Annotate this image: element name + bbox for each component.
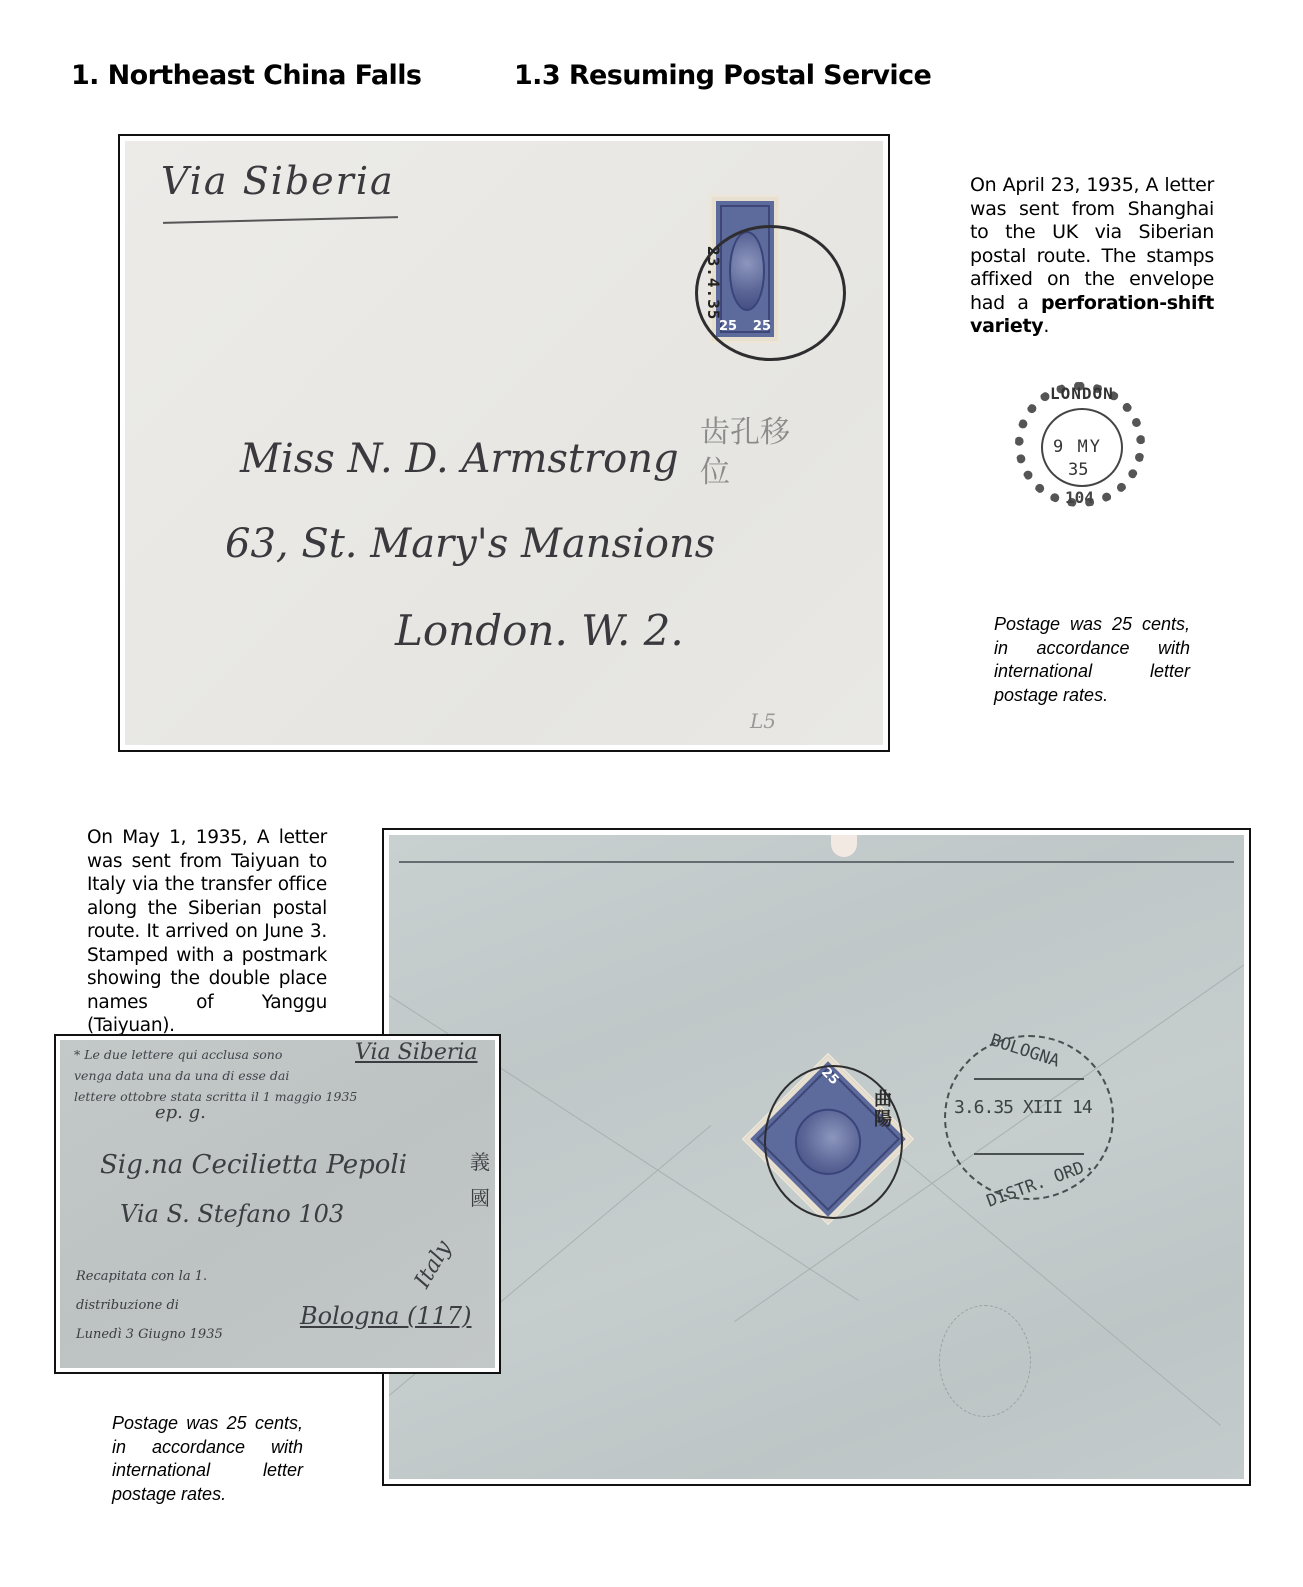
route-marking: Via Siberia — [161, 159, 395, 203]
taiyuan-postmark-text: 曲陽 — [874, 1090, 894, 1130]
item2-description: On May 1, 1935, A letter was sent from T… — [87, 826, 327, 1038]
london-postmark-city: LONDON — [1050, 384, 1114, 403]
bologna-postmark-date: 3.6.35 XIII 14 — [954, 1097, 1092, 1118]
delivery-note: Recapitata con la 1. distribuzione di Lu… — [76, 1262, 223, 1349]
shanghai-postmark-date: 23.4.35 — [704, 246, 723, 320]
london-postmark-number: 104 — [1065, 488, 1094, 507]
recipient-city: Bologna (117) — [300, 1302, 472, 1330]
taiyuan-bologna-cover-front-image: * Le due lettere qui acclusa sono venga … — [54, 1034, 501, 1374]
london-postmark-date: 9 MY — [1053, 437, 1102, 457]
taiyuan-bologna-cover-back-image: 25 曲陽 BOLOGNA 3.6.35 XIII 14 DISTR. ORD. — [382, 828, 1251, 1486]
london-postmark-year: 35 — [1068, 460, 1088, 480]
envelope-back: 25 曲陽 BOLOGNA 3.6.35 XIII 14 DISTR. ORD. — [389, 835, 1244, 1479]
envelope-front: Via Siberia 25 25 23.4.35 Miss N. D. Arm… — [125, 141, 883, 745]
chapter-title: 1. Northeast China Falls — [71, 60, 421, 91]
reference-mark: ep. g. — [155, 1102, 206, 1123]
address-name: Miss N. D. Armstrong — [240, 436, 679, 482]
chinese-annotation: 義國 — [470, 1144, 492, 1216]
pencil-mark: L5 — [750, 709, 776, 733]
route-marking: Via Siberia — [355, 1040, 478, 1065]
item1-description: On April 23, 1935, A letter was sent fro… — [970, 174, 1214, 339]
section-title: 1.3 Resuming Postal Service — [514, 60, 931, 91]
route-underline — [163, 216, 398, 224]
address-city: London. W. 2. — [395, 606, 684, 655]
item2-postage-note: Postage was 25 cents, in accordance with… — [112, 1412, 303, 1506]
shanghai-london-cover-image: Via Siberia 25 25 23.4.35 Miss N. D. Arm… — [118, 134, 890, 752]
chinese-annotation: 齿孔移位 — [700, 413, 790, 493]
recipient-name: Sig.na Cecilietta Pepoli — [100, 1150, 407, 1180]
envelope-front: * Le due lettere qui acclusa sono venga … — [60, 1040, 495, 1368]
recipient-country: Italy — [410, 1237, 457, 1293]
handwritten-note: * Le due lettere qui acclusa sono venga … — [74, 1044, 357, 1107]
item1-postage-note: Postage was 25 cents, in accordance with… — [994, 613, 1190, 707]
recipient-street: Via S. Stefano 103 — [120, 1200, 344, 1228]
flap-tab — [831, 835, 857, 857]
flap-edge — [399, 861, 1234, 863]
faint-postmark — [939, 1305, 1031, 1417]
address-street: 63, St. Mary's Mansions — [225, 521, 715, 567]
